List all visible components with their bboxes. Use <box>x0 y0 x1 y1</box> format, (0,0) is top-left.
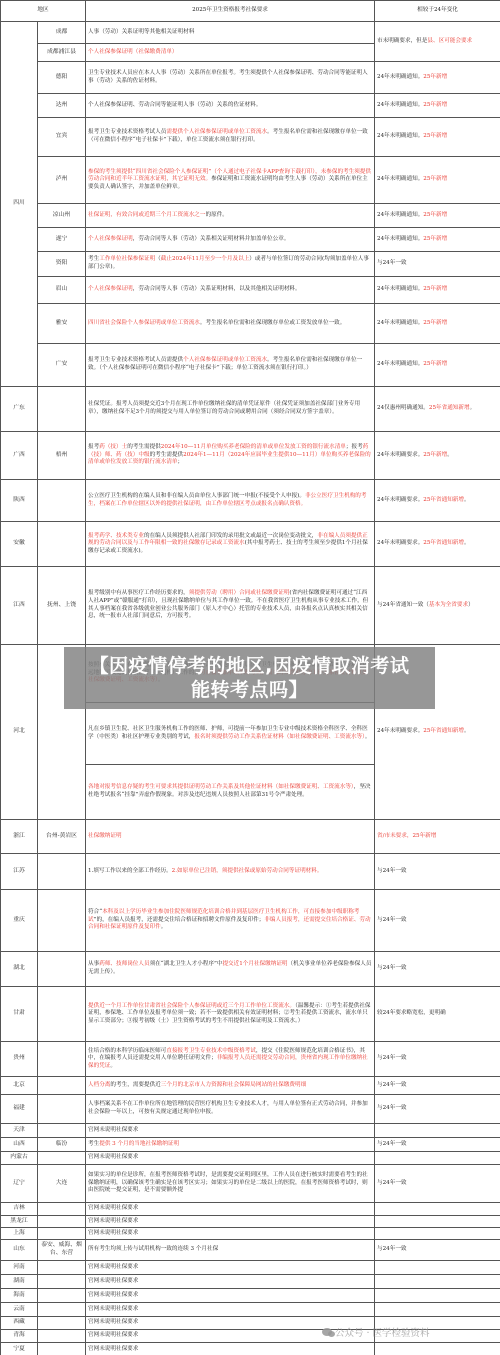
text-run: 的考生需提供 <box>127 444 161 450</box>
city-cell: 泸州 <box>38 157 86 204</box>
text-run: 与24年一致 <box>377 1082 407 1088</box>
requirement-cell: 考生工作单位社保参保证明（截止2024年11月至少一个月及以上）或者与单位签订的… <box>86 252 375 277</box>
province-cell: 西藏 <box>1 1317 38 1330</box>
requirement-cell: 个人社保参保证明、劳动合同等能证明人事（劳动）关系的佐证材料。 <box>86 94 375 118</box>
change-cell: 24年未明确通知。25年新增 <box>375 62 500 94</box>
text-run: ） <box>468 602 474 608</box>
text-run: 24年未明确通知。 <box>377 176 423 182</box>
text-run: 报考卫生专业技术资格考试人员需提供 <box>88 357 183 363</box>
text-run: 24年未明确通知。 <box>377 361 423 367</box>
requirement-cell: 考生提供 3 个月的当地社保缴纳证明 <box>86 1138 375 1152</box>
table-row: 天津官网未说明社保要求 <box>1 1124 500 1138</box>
requirement-cell: 人档分离的考生，需要提供近三个月的北京市人力资源和社会保障局网站的社保缴费明细 <box>86 1077 375 1095</box>
change-cell: 24年未明确要求。25年新增。 <box>375 432 500 480</box>
province-cell: 贵州 <box>1 1042 38 1077</box>
text-run: 人事（劳动）关系证明等其他相关证明材料 <box>88 29 194 35</box>
text-run: 24年未明确通知。 <box>377 286 423 292</box>
table-row: 四川成都人事（劳动）关系证明等其他相关证明材料市未明确要求，但是县、区可能会要求 <box>1 22 500 44</box>
province-cell: 湖南 <box>1 1275 38 1289</box>
text-run: 与24年一致 <box>377 1141 407 1147</box>
change-cell: 与24年一致 <box>375 1042 500 1077</box>
city-cell <box>38 1077 86 1095</box>
city-cell: 德阳 <box>38 62 86 94</box>
table-row: 辽宁大连如果实习的单位是诊所，在报考医师资格考试时，是需要提交证明到区里，工作人… <box>1 1165 500 1203</box>
table-row: 上海官网未说明社保要求 <box>1 1228 500 1240</box>
requirement-cell: 社保缴纳证明 <box>86 820 375 854</box>
header-requirement: 2025年卫生资格报考社保要求 <box>86 1 375 22</box>
city-cell <box>38 890 86 952</box>
text-run: 提供 3 个月的当地社保缴纳证明 <box>99 1141 179 1147</box>
change-cell <box>375 1275 500 1289</box>
table-row: 黑龙江官网未说明社保要求 <box>1 1216 500 1228</box>
text-run: 25年新增 <box>423 320 447 326</box>
city-cell <box>38 480 86 522</box>
wechat-icon <box>322 1328 332 1336</box>
table-row: 广安报考卫生专业技术资格考试人员需提供个人社保参保证明或单位工资流水。考生报名单… <box>1 344 500 387</box>
text-run: 需提供个人社保参保证明或单位工资流水 <box>166 129 267 135</box>
change-cell: 与24年省通知一致（基本为全省要求） <box>375 567 500 645</box>
city-cell <box>38 1095 86 1124</box>
table-row: 安徽报考药学、技术类专业的在编人员须提供人社部门印发的录用批文或最近一次岗位变动… <box>1 522 500 567</box>
text-run: 社保证明，有效合同或近期三个月工资流水之一 <box>88 212 205 218</box>
province-cell: 上海 <box>1 1228 38 1240</box>
requirement-cell: 报考卫生专业技术资格考试人员需提供个人社保参保证明或单位工资流水。考生报名单位需… <box>86 344 375 387</box>
text-run: 卫生专业技术人员应在本人人事（劳动）关系所在单位报考。考生须提供个人社保参保证明… <box>88 70 368 84</box>
text-run: 官网未说明社保要求 <box>88 1332 138 1338</box>
text-run: 24年未明确通知。 <box>377 102 423 108</box>
text-run: 个人社保参保证明 <box>88 236 133 242</box>
province-cell: 宁夏 <box>1 1343 38 1355</box>
requirement-cell: 人事（劳动）关系证明等其他相关证明材料 <box>86 22 375 44</box>
text-run: 须在“湖北卫生人才小程序”中 <box>150 961 223 967</box>
city-cell <box>38 1152 86 1165</box>
text-run: 省/市未要求，25年新增 <box>377 833 436 839</box>
change-cell: 与24年一致 <box>375 952 500 987</box>
city-cell <box>38 522 86 567</box>
text-run: 个人社保参保证明或单位工资流水 <box>183 357 267 363</box>
city-cell: 广安 <box>38 344 86 387</box>
text-run: 县、区可能会要求 <box>427 38 472 44</box>
text-run: 。 <box>447 452 453 458</box>
table-row: 德阳卫生专业技术人员应在本人人事（劳动）关系所在单位报考。考生须提供个人社保参保… <box>1 62 500 94</box>
text-run: 1.填写工作以来的全部工作经历。 <box>88 868 172 874</box>
text-run: 药师、技师岗位人员 <box>99 961 149 967</box>
text-run: 的在编人员须提供人社部门印发的录用批文或最近一次岗位变动批文， <box>144 533 317 539</box>
province-cell: 四川 <box>1 22 38 387</box>
text-run: 符合“ <box>88 909 102 915</box>
province-cell: 海南 <box>1 1289 38 1303</box>
change-cell: 与24年一致 <box>375 1077 500 1095</box>
text-run: 24年未明确通知。 <box>377 133 423 139</box>
table-row: 北京人档分离的考生，需要提供近三个月的北京市人力资源和社会保障局网站的社保缴费明… <box>1 1077 500 1095</box>
change-cell: 与24年一致 <box>375 1095 500 1124</box>
text-run: 。考生报名单位需和社保现缴存单位或工资发放单位一致。 <box>200 320 345 326</box>
change-cell: 24年未明确要求。25年省通知新增。 <box>375 480 500 522</box>
change-cell: 24年未明确通知。25年新增 <box>375 204 500 228</box>
text-run: 。 <box>110 1063 116 1069</box>
text-run: 官网未说明社保要求 <box>88 1278 138 1284</box>
city-cell <box>38 1216 86 1228</box>
province-cell: 山东 <box>1 1240 38 1261</box>
city-cell <box>38 1317 86 1330</box>
text-run: ，劳动合同等人事（劳动）关系证明材料，以及其他相关证明材料。 <box>133 286 301 292</box>
change-cell <box>375 1261 500 1275</box>
watermark: 公众号 · 医学检验资料 <box>322 1325 430 1339</box>
article-title-overlay: 【因疫情停考的地区,因疫情取消考试 能转考点吗】 <box>64 647 435 709</box>
province-cell: 江西 <box>1 567 38 645</box>
table-row: 内蒙古官网未说明社保要求 <box>1 1152 500 1165</box>
province-cell: 河南 <box>1 1261 38 1275</box>
province-cell: 内蒙古 <box>1 1152 38 1165</box>
text-run: 与24年一致 <box>377 965 407 971</box>
text-run: 四川省社会保险个人参保证明或单位工资流水 <box>88 320 200 326</box>
table-row: 宜宾报考卫生专业技术资格考试人员需提供个人社保参保证明或单位工资流水。考生报名单… <box>1 118 500 157</box>
text-run: 与24年一致 <box>377 868 407 874</box>
table-row: 资阳考生工作单位社保参保证明（截止2024年11月至少一个月及以上）或者与单位签… <box>1 252 500 277</box>
requirement-cell: 官网未说明社保要求 <box>86 1152 375 1165</box>
change-cell <box>375 1216 500 1228</box>
text-run: 官网未说明社保要求 <box>88 1154 138 1160</box>
text-run: 官网未说明社保要求 <box>88 1230 138 1236</box>
province-cell: 广东 <box>1 387 38 432</box>
change-cell: 24年未明确要求。25年省通知新增。 <box>375 522 500 567</box>
change-cell: 与24年一致 <box>375 854 500 890</box>
text-run: 社保缴纳证明 <box>88 833 122 839</box>
change-cell: 24年未明确通知。25年新增 <box>375 228 500 252</box>
province-cell: 黑龙江 <box>1 1216 38 1228</box>
table-row: 江苏1.填写工作以来的全部工作经历。2.如原单位已注销，须提供社保或原始劳动合同… <box>1 854 500 890</box>
city-cell: 抚州、上饶 <box>38 567 86 645</box>
text-run: 各地对报考信息存疑的考生可要求其提供证明劳动工作关系及其他佐证材料（如社保缴费证… <box>88 784 354 790</box>
requirement-cell: 官网未说明社保要求 <box>86 1275 375 1289</box>
text-run: ”的，在编人员报考，还需提交住培合格证和招聘文件原件及复印件； <box>94 917 265 923</box>
table-row: 湖南官网未说明社保要求 <box>1 1275 500 1289</box>
city-cell: 成都浦江县 <box>38 44 86 62</box>
table-row: 海南官网未说明社保要求 <box>1 1289 500 1303</box>
requirement-cell: 社保凭证。报考人员须提交近3个月在现工作单位缴纳社保的清单凭证原件（社保凭证须加… <box>86 387 375 432</box>
city-cell <box>38 1203 86 1216</box>
requirement-cell: 官网未说明社保要求 <box>86 1343 375 1355</box>
change-cell <box>375 1303 500 1317</box>
text-run: 25年新增 <box>423 74 447 80</box>
city-cell: 雅安 <box>38 304 86 344</box>
text-run: 公立医疗卫生机构的在编人员和非在编人员由单位人事部门统一申报(不接受个人申报)。 <box>88 493 305 499</box>
requirement-cell: 官网未说明社保要求 <box>86 1216 375 1228</box>
table-row: 眉山个人社保参保证明，劳动合同等人事（劳动）关系证明材料，以及其他相关证明材料。… <box>1 277 500 304</box>
text-run: 官网未说明社保要求 <box>88 1319 138 1325</box>
text-run: 基本为全省要求 <box>429 602 468 608</box>
city-cell <box>38 1343 86 1355</box>
text-run: 。 <box>161 924 167 930</box>
province-cell: 浙江 <box>1 820 38 854</box>
province-cell: 陕西 <box>1 480 38 522</box>
table-row: 湖北从事药师、技师岗位人员须在“湖北卫生人才小程序”中提交近1个月社保缴纳证明（… <box>1 952 500 987</box>
text-run: 较24年要求略宽松，更明确 <box>377 1010 446 1016</box>
city-cell: 成都 <box>38 22 86 44</box>
header-region: 地区 <box>1 1 86 22</box>
requirement-cell: 所有考生均须上传与试用机构一致的连续 3 个月社保 <box>86 1240 375 1261</box>
change-cell <box>375 1228 500 1240</box>
text-run: 。 <box>470 405 476 411</box>
requirement-cell: 公立医疗卫生机构的在编人员和非在编人员由单位人事部门统一申报(不接受个人申报)。… <box>86 480 375 522</box>
table-row: 广西梧州报考药（技）士的考生需提供2024年10—11月单位购买养老保险的清单或… <box>1 432 500 480</box>
change-cell <box>375 1124 500 1138</box>
table-row: 山东泰安、威海、烟台、东营所有考生均须上传与试用机构一致的连续 3 个月社保与2… <box>1 1240 500 1261</box>
requirement-cell: 住培合格的本科学历临床医师可直接报考卫生专业技术中级资格考试，提交《住院医师规范… <box>86 1042 375 1077</box>
requirement-cell: 凡在乡镇卫生院、社区卫生服务机构工作的医师、护师，可提前一年参加卫生专业中级技术… <box>86 703 375 765</box>
text-run: 报考药学、技术类专业 <box>88 533 144 539</box>
province-cell: 青海 <box>1 1330 38 1343</box>
text-run: 。 <box>464 497 470 503</box>
requirement-cell: 报考药（技）士的考生需提供2024年10—11月单位购买养老保险的清单或单位发放… <box>86 432 375 480</box>
text-run: 与24年一致 <box>377 1180 407 1186</box>
table-row: 广东社保凭证。报考人员须提交近3个月在现工作单位缴纳社保的清单凭证原件（社保凭证… <box>1 387 500 432</box>
city-cell: 宜宾 <box>38 118 86 157</box>
text-run: 提交近1个月社保缴纳证明 <box>222 961 287 967</box>
city-cell <box>38 1330 86 1343</box>
text-run: 个人社保参保证明 <box>88 286 133 292</box>
requirement-cell: 报考卫生专业技术资格考试人员需提供个人社保参保证明或单位工资流水。考生报名单位需… <box>86 118 375 157</box>
text-run: 考生 <box>88 1141 99 1147</box>
text-run: 与24年省通知一致（ <box>377 602 429 608</box>
city-cell <box>38 1303 86 1317</box>
text-run: 人档分离 <box>88 1082 110 1088</box>
text-run: 官网未说明社保要求 <box>88 1346 138 1352</box>
city-cell <box>38 854 86 890</box>
requirement-cell: 个人社保参保证明（社保缴费清单） <box>86 44 375 62</box>
city-cell: 临汾 <box>38 1138 86 1152</box>
text-run: 25年省通知新增 <box>423 497 464 503</box>
table-row: 雅安四川省社会保险个人参保证明或单位工资流水。考生报名单位需和社保现缴存单位或工… <box>1 304 500 344</box>
text-run: ； <box>178 459 184 465</box>
text-run: 25年新增 <box>423 361 447 367</box>
text-run: 25年新增 <box>423 452 447 458</box>
city-cell: 梧州 <box>38 432 86 480</box>
city-cell: 泰安、威海、烟台、东营 <box>38 1240 86 1261</box>
requirement-cell: 官网未说明社保要求 <box>86 1124 375 1138</box>
text-run: 25年新增 <box>423 212 447 218</box>
text-run: 25年新增 <box>423 236 447 242</box>
table-row: 宁夏官网未说明社保要求 <box>1 1343 500 1355</box>
table-row: 陕西公立医疗卫生机构的在编人员和非在编人员由单位人事部门统一申报(不接受个人申报… <box>1 480 500 522</box>
text-run: 24仅惠州明确通知。 <box>377 405 429 411</box>
city-cell <box>38 1261 86 1275</box>
text-run: 直接报考卫生专业技术中级资格考试 <box>166 1048 256 1054</box>
change-cell: 24仅惠州明确通知。25年省通知新增。 <box>375 387 500 432</box>
overlay-line-2: 能转考点吗】 <box>191 678 308 702</box>
text-run: 24年未明确要求。 <box>377 540 423 546</box>
province-cell: 天津 <box>1 1124 38 1138</box>
table-row: 凉山州社保证明，有效合同或近期三个月工资流水之一的原件。24年未明确通知。25年… <box>1 204 500 228</box>
text-run: 个人社保参保证明、劳动合同等能证明人事（劳动）关系的佐证材料。 <box>88 102 261 108</box>
text-run: 25年新增 <box>423 133 447 139</box>
province-cell: 吉林 <box>1 1203 38 1216</box>
text-run: 人事档案关系不在工作单位所在地管理的民营医疗机构卫生专业技术人才，与用人单位签有… <box>88 1101 368 1115</box>
table-row: 浙江台州-黄岩区社保缴纳证明省/市未要求，25年新增 <box>1 820 500 854</box>
table-row: 吉林官网未说明社保要求 <box>1 1203 500 1216</box>
table-row: 达州个人社保参保证明、劳动合同等能证明人事（劳动）关系的佐证材料。24年未明确通… <box>1 94 500 118</box>
change-cell <box>375 1289 500 1303</box>
table-row: 甘肃提供近一个月工作单位甘肃省社会保险个人参保证明或近三个月工作单位工资流水。（… <box>1 987 500 1042</box>
change-cell: 24年未明确通知。25年新增 <box>375 277 500 304</box>
province-cell: 福建 <box>1 1095 38 1124</box>
table-row: 遂宁个人社保参保证明，劳动合同等人事（劳动）关系相关证明材料并加盖单位公章。24… <box>1 228 500 252</box>
requirement-cell: 各地对报考信息存疑的考生可要求其提供证明劳动工作关系及其他佐证材料（如社保缴费证… <box>86 765 375 820</box>
text-run: 的原件。 <box>206 212 228 218</box>
table-row: 河南官网未说明社保要求 <box>1 1261 500 1275</box>
text-run: 25年省通知新增 <box>429 405 470 411</box>
requirement-cell: 报考药学、技术类专业的在编人员须提供人社部门印发的录用批文或最近一次岗位变动批文… <box>86 522 375 567</box>
requirement-cell: 卫生专业技术人员应在本人人事（劳动）关系所在单位报考。考生须提供个人社保参保证明… <box>86 62 375 94</box>
requirement-cell: 官网未说明社保要求 <box>86 1261 375 1275</box>
city-cell: 凉山州 <box>38 204 86 228</box>
requirement-cell: 人事档案关系不在工作单位所在地管理的民营医疗机构卫生专业技术人才，与用人单位签有… <box>86 1095 375 1124</box>
text-run: 24年未明确通知。 <box>377 236 423 242</box>
text-run: 所有考生均须上传与试用机构一致的连续 3 个月社保 <box>88 1246 218 1252</box>
text-run: 官网未说明社保要求 <box>88 1205 138 1211</box>
text-run: 报考 <box>88 444 99 450</box>
city-cell: 台州-黄岩区 <box>38 820 86 854</box>
text-run: 与24年一致 <box>377 1105 407 1111</box>
text-run: 官网未说明社保要求 <box>88 1127 138 1133</box>
province-cell: 广西 <box>1 432 38 480</box>
province-cell: 北京 <box>1 1077 38 1095</box>
text-run: 。 <box>464 540 470 546</box>
change-cell: 与24年一致 <box>375 1138 500 1152</box>
change-cell <box>375 1152 500 1165</box>
requirement-cell: 社保证明，有效合同或近期三个月工资流水之一的原件。 <box>86 204 375 228</box>
requirement-cell: 1.填写工作以来的全部工作经历。2.如原单位已注销，须提供社保或原始劳动合同等证… <box>86 854 375 890</box>
text-run: 与24年一致 <box>377 260 407 266</box>
text-run: 工作单位社保参保证明 <box>99 256 155 262</box>
change-cell: 市未明确要求，但是县、区可能会要求 <box>375 22 500 62</box>
city-cell: 眉山 <box>38 277 86 304</box>
watermark-text: 公众号 · 医学检验资料 <box>335 1325 430 1339</box>
text-run: ，劳动合同等人事（劳动）关系相关证明材料并加盖单位公章。 <box>133 236 290 242</box>
city-cell <box>38 987 86 1042</box>
requirement-cell: 官网未说明社保要求 <box>86 1289 375 1303</box>
city-cell <box>38 387 86 432</box>
table-row: 泸州参保的考生须提供“四川省社会保险个人参保证明”（个人通过电子社保卡APP查询… <box>1 157 500 204</box>
text-run: 与24年一致 <box>377 1246 407 1252</box>
table-row: 贵州住培合格的本科学历临床医师可直接报考卫生专业技术中级资格考试，提交《住院医师… <box>1 1042 500 1077</box>
text-run: 25年新增 <box>423 102 447 108</box>
requirement-cell: 提供近一个月工作单位甘肃省社会保险个人参保证明或近三个月工作单位工资流水。（温馨… <box>86 987 375 1042</box>
requirement-cell: 符合“本科及以上学历毕业生参加住院医师规范化培训合格并到基层医疗卫生机构工作，可… <box>86 890 375 952</box>
text-run: 2.如原单位已注销，须提供社保或原始劳动合同等证明材料。 <box>172 868 323 874</box>
city-cell <box>38 1275 86 1289</box>
province-cell: 河北 <box>1 645 38 820</box>
change-cell <box>375 1203 500 1216</box>
province-cell: 甘肃 <box>1 987 38 1042</box>
text-run: 社保凭证。报考人员须提交近3个月在现工作单位缴纳社保的清单凭证原件（社保凭证须加… <box>88 401 360 415</box>
text-run: 须提供劳动（聘用）合同或社保缴费证明 <box>189 590 290 596</box>
text-run: 24年未明确要求。 <box>377 452 423 458</box>
text-run: 药（技）士 <box>99 444 127 450</box>
text-run: 官网未说明社保要求 <box>88 1306 138 1312</box>
header-change: 相较于24年变化 <box>375 1 500 22</box>
city-cell: 达州 <box>38 94 86 118</box>
city-cell <box>38 1289 86 1303</box>
text-run: 25年省通知新增 <box>423 540 464 546</box>
province-cell: 辽宁 <box>1 1165 38 1203</box>
text-run: 官网未说明社保要求 <box>88 1264 138 1270</box>
city-cell: 遂宁 <box>38 228 86 252</box>
change-cell: 省/市未要求，25年新增 <box>375 820 500 854</box>
requirement-cell: 四川省社会保险个人参保证明或单位工资流水。考生报名单位需和社保现缴存单位或工资发… <box>86 304 375 344</box>
text-run: 报名时须提供劳动工作关系佐证材料（如社保缴费证明、工资流水等） <box>194 734 365 740</box>
text-run: 报考卫生专业技术资格考试人员 <box>88 129 166 135</box>
text-run: 24年未明确要求。 <box>377 728 423 734</box>
province-cell: 云南 <box>1 1303 38 1317</box>
text-run: 考生 <box>88 256 99 262</box>
province-cell: 安徽 <box>1 522 38 567</box>
text-run: 住培合格的本科学历临床医师可 <box>88 1048 166 1054</box>
text-run: 与24年一致 <box>377 1055 407 1061</box>
change-cell <box>375 1343 500 1355</box>
table-row: 重庆符合“本科及以上学历毕业生参加住院医师规范化培训合格并到基层医疗卫生机构工作… <box>1 890 500 952</box>
overlay-line-1: 【因疫情停考的地区,因疫情取消考试 <box>90 654 410 678</box>
province-cell: 重庆 <box>1 890 38 952</box>
text-run: 官网未说明社保要求 <box>88 1292 138 1298</box>
text-run: 24年未明确通知。 <box>377 212 423 218</box>
text-run: 的考生需提供 <box>150 452 184 458</box>
text-run: 。 <box>365 734 371 740</box>
table-header-row: 地区 2025年卫生资格报考社保要求 相较于24年变化 <box>1 1 500 22</box>
change-cell: 与24年一致 <box>375 252 500 277</box>
text-run: 。 <box>464 728 470 734</box>
text-run: 25年新增 <box>423 176 447 182</box>
city-cell <box>38 1042 86 1077</box>
requirement-cell: 个人社保参保证明，劳动合同等人事（劳动）关系相关证明材料并加盖单位公章。 <box>86 228 375 252</box>
text-run: 与24年一致 <box>377 917 407 923</box>
text-run: ；报考 <box>346 444 363 450</box>
text-run: 24年未明确通知。 <box>377 320 423 326</box>
change-cell: 与24年一致 <box>375 1240 500 1261</box>
requirement-cell: 如果实习的单位是诊所，在报考医师资格考试时，是需要提交证明到区里，工作人员在进行… <box>86 1165 375 1203</box>
table-row: 山西临汾考生提供 3 个月的当地社保缴纳证明与24年一致 <box>1 1138 500 1152</box>
table-row: 云南官网未说明社保要求 <box>1 1303 500 1317</box>
table-row: 福建人事档案关系不在工作单位所在地管理的民营医疗机构卫生专业技术人才，与用人单位… <box>1 1095 500 1124</box>
text-run: 个人社保参保证明（社保缴费清单） <box>88 49 178 55</box>
text-run: 报考级别中有从事医疗工作经历要求的， <box>88 590 189 596</box>
city-cell <box>38 1124 86 1138</box>
requirement-cell: 官网未说明社保要求 <box>86 1228 375 1240</box>
text-run: 2024年10—11月单位购买养老保险的清单或单位发放工资的银行流水清单 <box>161 444 346 450</box>
text-run: 市未明确要求，但是 <box>377 38 427 44</box>
text-run: 官网未说明社保要求 <box>88 1218 138 1224</box>
requirement-cell: 从事药师、技师岗位人员须在“湖北卫生人才小程序”中提交近1个月社保缴纳证明（机关… <box>86 952 375 987</box>
requirement-cell: 官网未说明社保要求 <box>86 1203 375 1216</box>
requirement-cell: 参保的考生须提供“四川省社会保险个人参保证明”（个人通过电子社保卡APP查询下载… <box>86 157 375 204</box>
change-cell: 与24年一致 <box>375 890 500 952</box>
requirement-cell: 官网未说明社保要求 <box>86 1303 375 1317</box>
change-cell: 较24年要求略宽松，更明确 <box>375 987 500 1042</box>
change-cell: 24年未明确通知。25年新增 <box>375 304 500 344</box>
province-cell: 湖北 <box>1 952 38 987</box>
text-run: 25年省通知新增 <box>423 728 464 734</box>
province-cell: 山西 <box>1 1138 38 1152</box>
city-cell: 资阳 <box>38 252 86 277</box>
text-run: 24年未明确通知。 <box>377 74 423 80</box>
text-run: 截止2024年11月至少一个月及以上 <box>161 256 249 262</box>
text-run: 提供近一个月工作单位甘肃省社会保险个人参保证明或近三个月工作单位工资流水。 <box>88 1003 295 1009</box>
text-run: 的考生，需要提供近 <box>110 1082 160 1088</box>
text-run: 25年新增 <box>423 286 447 292</box>
change-cell: 24年未明确通知。25年新增 <box>375 157 500 204</box>
change-cell: 24年未明确通知。25年新增 <box>375 118 500 157</box>
city-cell <box>38 952 86 987</box>
